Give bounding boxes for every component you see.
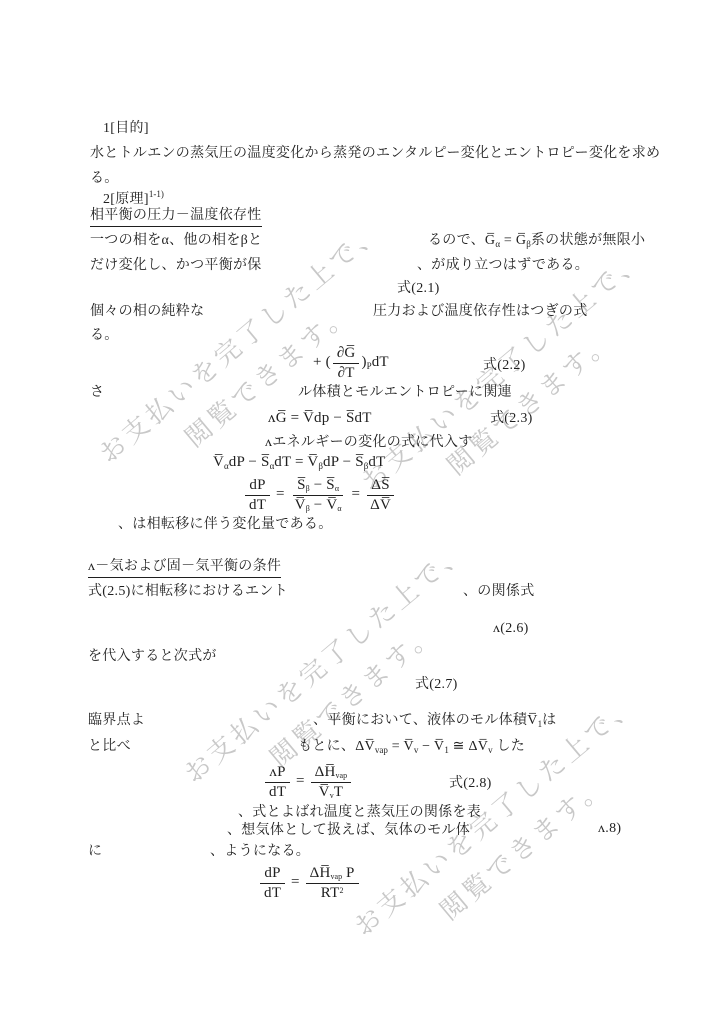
text: = <box>272 486 289 502</box>
text: 式(2.7) <box>415 677 458 692</box>
text: ʌP <box>269 764 285 780</box>
text: ΔS̅ <box>371 477 389 493</box>
text: ∂G̅ <box>337 345 356 361</box>
body-entropy-left: 式(2.5)に相転移におけるエント <box>88 583 288 601</box>
denominator: ∂T <box>334 364 359 382</box>
text: 1[目的] <box>103 121 149 136</box>
body-entropy-right: 、の関係式 <box>463 583 535 601</box>
numerator: ΔS̅ <box>367 477 393 496</box>
body-ni: に <box>88 843 102 861</box>
body-pure-left: 個々の相の純粋な <box>90 303 204 321</box>
text: dT <box>372 354 389 370</box>
text: と比べ <box>88 739 131 754</box>
text: dT <box>249 497 266 513</box>
text: る。 <box>90 328 119 343</box>
text: 式(2.2) <box>483 358 526 373</box>
numerator: ʌP <box>265 764 289 783</box>
fraction: ΔH̅vap PRT2 <box>306 865 359 903</box>
denominator: RT2 <box>317 884 348 902</box>
text: ʌエネルギーの変化の式に代入す <box>265 435 473 450</box>
text: 式(2.1) <box>397 281 440 296</box>
superscript: 2 <box>339 886 343 895</box>
text: 2[原理] <box>103 192 149 207</box>
denominator: dT <box>260 884 285 902</box>
body-phase-right: るので、G̅α = G̅β系の状態が無限小 <box>428 232 645 251</box>
text: ʌG̅ = V̅dp − S̅dT <box>268 410 372 426</box>
text: 一つの相をα、他の相をβと <box>90 233 262 248</box>
numerator: ΔH̅vap P <box>306 865 359 884</box>
eq-2-8: ʌPdT = ΔH̅vapV̅vT <box>263 763 353 801</box>
body-molar-volume: ル体積とモルエントロピーに関連 <box>298 384 512 402</box>
fraction: ʌPdT <box>265 764 290 802</box>
fraction: ∂G̅∂T <box>333 345 360 383</box>
eq-2-2-label: 式(2.2) <box>483 357 526 375</box>
subscript: vap <box>331 872 343 881</box>
body-equilibrium-left: だけ変化し、かつ平衡が保 <box>90 257 262 275</box>
body-phase-left: 一つの相をα、他の相をβと <box>90 232 262 250</box>
text: − V̅ <box>310 497 338 513</box>
body-compare-left: と比べ <box>88 738 131 756</box>
text: S̅ <box>297 477 306 493</box>
subscript: α <box>337 504 341 513</box>
subheading-vapor-solid-equilibrium: ʌ－気および固－気平衡の条件 <box>88 558 281 578</box>
text: − S̅ <box>310 477 335 493</box>
text: さ <box>90 385 104 400</box>
text: は <box>542 713 556 728</box>
text: dP − S̅ <box>323 454 364 470</box>
text: ʌ(2.6) <box>493 621 529 636</box>
eq-clapeyron: dPdT = S̅β − S̅αV̅β − V̅α = ΔS̅ΔV̅ <box>243 476 397 514</box>
denominator: ΔV̅ <box>366 496 395 514</box>
body-pure-right: 圧力および温度依存性はつぎの式 <box>373 303 588 321</box>
superscript: 1-1) <box>149 189 164 199</box>
body-younaru: 、ようになる。 <box>210 843 310 861</box>
fraction: dPdT <box>245 477 270 515</box>
text: ʌ.8) <box>598 821 621 836</box>
text: = G̅ <box>500 233 526 248</box>
text: 、平衡において、液体のモル体積V̅ <box>313 713 538 728</box>
denominator: V̅vT <box>315 783 347 801</box>
text: dP <box>264 865 280 881</box>
text: RT <box>321 885 340 901</box>
text: 式(2.5)に相転移におけるエント <box>88 584 288 599</box>
text: 、ようになる。 <box>210 844 310 859</box>
subheading-pressure-temp-dependence: 相平衡の圧力－温度依存性 <box>90 207 262 227</box>
text: 水とトルエンの蒸気圧の温度変化から蒸発のエンタルピー変化とエントロピー変化を求め <box>90 146 660 161</box>
body-compare-right: もとに、ΔV̅vap = V̅v − V̅1 ≅ ΔV̅v した <box>298 738 525 757</box>
body-energy-substitute: ʌエネルギーの変化の式に代入す <box>265 434 473 452</box>
sec1-heading: 1[目的] <box>103 120 149 138</box>
subscript: α <box>335 484 339 493</box>
body-ideal-gas-left: 、想気体として扱えば、気体のモル体 <box>227 822 470 840</box>
fraction: S̅β − S̅αV̅β − V̅α <box>291 477 346 515</box>
text: 、が成り立つはずである。 <box>417 258 589 273</box>
eq-2-1-label: 式(2.1) <box>397 280 440 298</box>
text: した <box>493 739 525 754</box>
text: = <box>287 874 304 890</box>
numerator: dP <box>245 477 269 496</box>
eq-2-2: + (∂G̅∂T)PdT <box>313 344 389 382</box>
text: ΔH̅ <box>315 764 336 780</box>
body-transition-quantity: 、は相転移に伴う変化量である。 <box>118 516 333 534</box>
denominator: dT <box>245 496 270 514</box>
text: 系の状態が無限小 <box>531 233 645 248</box>
text: 相平衡の圧力－温度依存性 <box>90 208 262 223</box>
text: = V̅ <box>388 739 414 754</box>
text: を代入すると次式が <box>88 649 217 664</box>
text: ΔV̅ <box>370 497 391 513</box>
text: = <box>348 486 365 502</box>
numerator: S̅β − S̅α <box>293 477 343 496</box>
text: dP − S̅ <box>229 454 270 470</box>
text: 、は相転移に伴う変化量である。 <box>118 517 333 532</box>
numerator: ∂G̅ <box>333 345 360 364</box>
text: ∂T <box>338 365 355 381</box>
fraction: dPdT <box>260 865 285 903</box>
subscript: vap <box>336 771 348 780</box>
text: 式(2.8) <box>449 776 492 791</box>
text: V̅ <box>213 454 224 470</box>
text: T <box>334 784 343 800</box>
body-equilibrium-right: 、が成り立つはずである。 <box>417 257 589 275</box>
body-ru: る。 <box>90 327 119 345</box>
text: dP <box>249 477 265 493</box>
text: 、想気体として扱えば、気体のモル体 <box>227 823 470 838</box>
eq-2-6-label: ʌ(2.6) <box>493 620 529 638</box>
body-critical-left: 臨界点よ <box>88 712 145 730</box>
text: ΔH̅ <box>310 865 331 881</box>
text: dT = V̅ <box>274 454 318 470</box>
denominator: dT <box>265 783 290 801</box>
body-substitute-next: を代入すると次式が <box>88 648 217 666</box>
text: dT <box>269 784 286 800</box>
text: 個々の相の純粋な <box>90 304 204 319</box>
text: V̅ <box>319 784 330 800</box>
numerator: ΔH̅vap <box>311 764 351 783</box>
fraction: ΔH̅vapV̅vT <box>311 764 351 802</box>
text: に <box>88 844 102 859</box>
text: 、式とよばれ温度と蒸気圧の関係を表 <box>238 805 481 820</box>
text: 臨界点よ <box>88 713 145 728</box>
text: もとに、ΔV̅ <box>298 739 375 754</box>
text: P <box>342 865 355 881</box>
subscript: vap <box>375 745 388 755</box>
numerator: dP <box>260 865 284 884</box>
text: るので、G̅ <box>428 233 495 248</box>
text: 、の関係式 <box>463 584 535 599</box>
text: ʌ－気および固－気平衡の条件 <box>88 559 281 574</box>
eq-2-8-label: 式(2.8) <box>449 775 492 793</box>
eq-2-7-label: 式(2.7) <box>415 676 458 694</box>
text: V̅ <box>295 497 306 513</box>
body-ideal-gas-right: ʌ.8) <box>598 820 621 838</box>
purpose-text-2: る。 <box>90 170 119 188</box>
text: dT <box>264 885 281 901</box>
text: ル体積とモルエントロピーに関連 <box>298 385 512 400</box>
text: ≅ ΔV̅ <box>449 739 488 754</box>
eq-final: dPdT = ΔH̅vap PRT2 <box>258 864 361 902</box>
body-critical-right: 、平衡において、液体のモル体積V̅1は <box>313 712 556 731</box>
text: − V̅ <box>418 739 444 754</box>
text: だけ変化し、かつ平衡が保 <box>90 258 262 273</box>
text: 圧力および温度依存性はつぎの式 <box>373 304 588 319</box>
fraction: ΔS̅ΔV̅ <box>366 477 395 515</box>
body-sa: さ <box>90 384 104 402</box>
text: 式(2.3) <box>490 411 533 426</box>
eq-2-3-label: 式(2.3) <box>490 410 533 428</box>
text: る。 <box>90 171 119 186</box>
denominator: V̅β − V̅α <box>291 496 346 514</box>
document-page: 1[目的]水とトルエンの蒸気圧の温度変化から蒸発のエンタルピー変化とエントロピー… <box>0 0 724 1024</box>
text: = <box>292 773 309 789</box>
eq-2-3: ʌG̅ = V̅dp − S̅dT <box>268 409 372 429</box>
purpose-text-1: 水とトルエンの蒸気圧の温度変化から蒸発のエンタルピー変化とエントロピー変化を求め <box>90 145 660 163</box>
text: + ( <box>313 354 331 370</box>
body-clausius: 、式とよばれ温度と蒸気圧の関係を表 <box>238 804 481 822</box>
text: dT <box>368 454 385 470</box>
eq-phase-balance: V̅αdP − S̅αdT = V̅βdP − S̅βdT <box>213 453 385 473</box>
